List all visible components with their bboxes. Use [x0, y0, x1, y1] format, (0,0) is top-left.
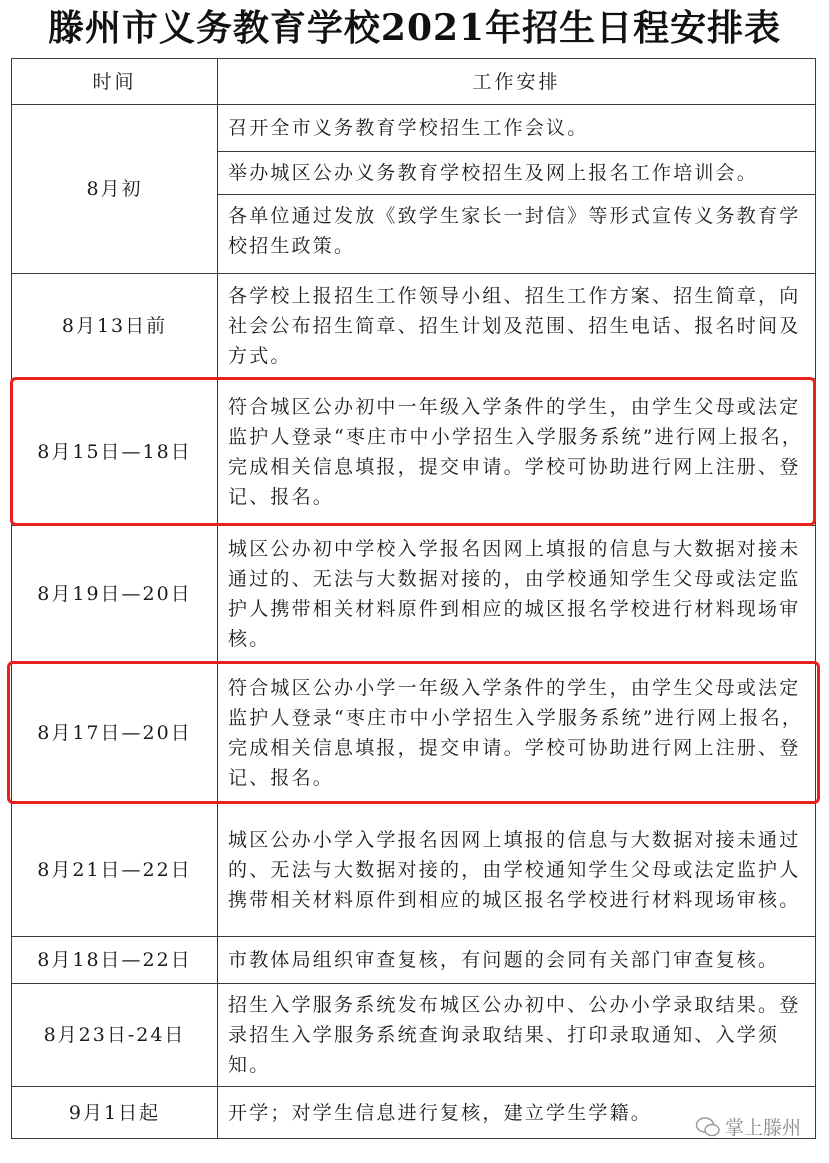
schedule-table: 时间 工作安排 8月初 召开全市义务教育学校招生工作会议。 举办城区公办义务教育… [11, 58, 816, 1139]
time-cell: 8月初 [12, 105, 218, 274]
task-cell: 符合城区公办小学一年级入学条件的学生，由学生父母或法定监护人登录“枣庄市中小学招… [218, 662, 816, 804]
task-cell: 符合城区公办初中一年级入学条件的学生，由学生父母或法定监护人登录“枣庄市中小学招… [218, 379, 816, 526]
table-row: 8月13日前 各学校上报招生工作领导小组、招生工作方案、招生简章，向社会公布招生… [12, 274, 816, 379]
table-row: 8月15日—18日 符合城区公办初中一年级入学条件的学生，由学生父母或法定监护人… [12, 379, 816, 526]
page-title: 滕州市义务教育学校2021年招生日程安排表 [0, 4, 829, 52]
time-cell: 8月21日—22日 [12, 804, 218, 937]
task-cell: 市教体局组织审查复核，有问题的会同有关部门审查复核。 [218, 937, 816, 984]
time-cell: 8月15日—18日 [12, 379, 218, 526]
tasks-cell: 召开全市义务教育学校招生工作会议。 举办城区公办义务教育学校招生及网上报名工作培… [218, 105, 816, 274]
task-cell: 各学校上报招生工作领导小组、招生工作方案、招生简章，向社会公布招生简章、招生计划… [218, 274, 816, 379]
task-cell: 招生入学服务系统发布城区公办初中、公办小学录取结果。登录招生入学服务系统查询录取… [218, 984, 816, 1087]
table-row: 8月18日—22日 市教体局组织审查复核，有问题的会同有关部门审查复核。 [12, 937, 816, 984]
time-cell: 8月23日-24日 [12, 984, 218, 1087]
task-cell: 城区公办初中学校入学报名因网上填报的信息与大数据对接未通过的、无法与大数据对接的… [218, 526, 816, 662]
table-row: 8月17日—20日 符合城区公办小学一年级入学条件的学生，由学生父母或法定监护人… [12, 662, 816, 804]
time-cell: 8月13日前 [12, 274, 218, 379]
table-row: 8月21日—22日 城区公办小学入学报名因网上填报的信息与大数据对接未通过的、无… [12, 804, 816, 937]
table-row: 8月初 召开全市义务教育学校招生工作会议。 举办城区公办义务教育学校招生及网上报… [12, 105, 816, 274]
table-row: 8月23日-24日 招生入学服务系统发布城区公办初中、公办小学录取结果。登录招生… [12, 984, 816, 1087]
table-row: 8月19日—20日 城区公办初中学校入学报名因网上填报的信息与大数据对接未通过的… [12, 526, 816, 662]
table-header-row: 时间 工作安排 [12, 59, 816, 105]
watermark: 掌上滕州 [695, 1113, 801, 1140]
task-item: 召开全市义务教育学校招生工作会议。 [218, 105, 815, 152]
time-cell: 9月1日起 [12, 1087, 218, 1139]
header-tasks: 工作安排 [218, 59, 816, 105]
task-item: 举办城区公办义务教育学校招生及网上报名工作培训会。 [218, 152, 815, 195]
task-item: 各单位通过发放《致学生家长一封信》等形式宣传义务教育学校招生政策。 [218, 195, 815, 273]
header-time: 时间 [12, 59, 218, 105]
time-cell: 8月18日—22日 [12, 937, 218, 984]
wechat-icon [695, 1116, 721, 1138]
task-cell: 城区公办小学入学报名因网上填报的信息与大数据对接未通过的、无法与大数据对接的，由… [218, 804, 816, 937]
time-cell: 8月19日—20日 [12, 526, 218, 662]
time-cell: 8月17日—20日 [12, 662, 218, 804]
watermark-text: 掌上滕州 [725, 1113, 801, 1140]
